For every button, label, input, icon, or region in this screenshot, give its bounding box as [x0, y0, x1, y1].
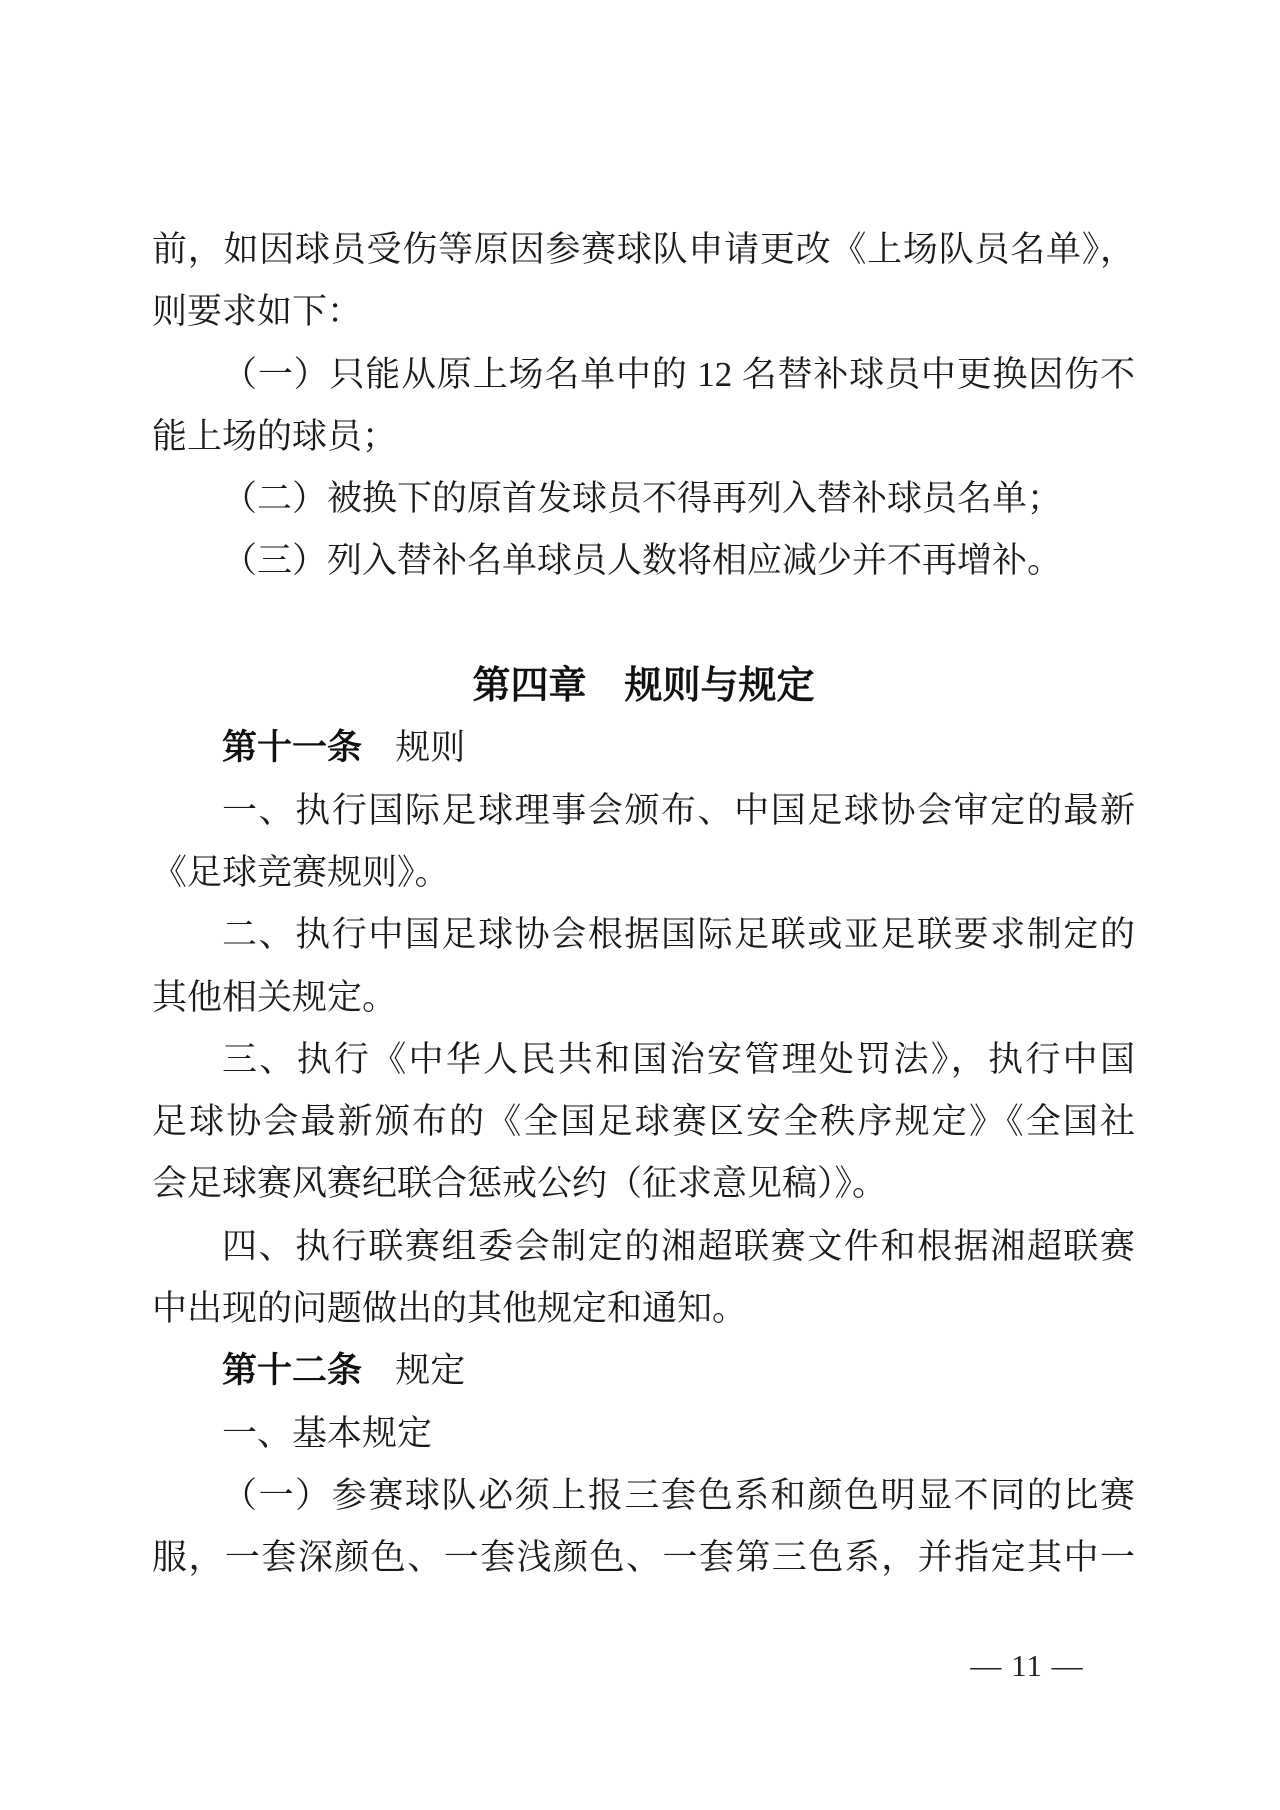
intro-line-1: 前，如因球员受伤等原因参赛球队申请更改《上场队员名单》， — [152, 219, 1135, 281]
article-11-item2-line-1: 二、执行中国足球协会根据国际足联或亚足联要求制定的 — [152, 904, 1135, 966]
article-12-item1-line: 一、基本规定 — [152, 1403, 1135, 1465]
chapter-4-heading: 第四章 规则与规定 — [152, 655, 1135, 717]
document-body: 前，如因球员受伤等原因参赛球队申请更改《上场队员名单》， 则要求如下： （一）只… — [152, 219, 1135, 1590]
article-12-title: 规定 — [395, 1351, 465, 1390]
document-page: 前，如因球员受伤等原因参赛球队申请更改《上场队员名单》， 则要求如下： （一）只… — [0, 0, 1280, 1810]
article-11-item4-line-2: 中出现的问题做出的其他规定和通知。 — [152, 1278, 1135, 1340]
article-11-item1-line-1: 一、执行国际足球理事会颁布、中国足球协会审定的最新 — [152, 780, 1135, 842]
intro-item1-line-1: （一）只能从原上场名单中的 12 名替补球员中更换因伤不 — [152, 344, 1135, 406]
article-11-item4-line-1: 四、执行联赛组委会制定的湘超联赛文件和根据湘超联赛 — [152, 1216, 1135, 1278]
article-11-title: 规则 — [395, 728, 465, 767]
intro-item3-line: （三）列入替补名单球员人数将相应减少并不再增补。 — [152, 530, 1135, 592]
article-11-item3-line-1: 三、执行《中华人民共和国治安管理处罚法》，执行中国 — [152, 1029, 1135, 1091]
intro-line-2: 则要求如下： — [152, 281, 1135, 343]
intro-item1-line-2: 能上场的球员； — [152, 406, 1135, 468]
article-12-label: 第十二条 — [222, 1351, 362, 1390]
article-12-sub1-line-2: 服，一套深颜色、一套浅颜色、一套第三色系，并指定其中一 — [152, 1527, 1135, 1589]
article-11-item3-line-2: 足球协会最新颁布的《全国足球赛区安全秩序规定》《全国社 — [152, 1091, 1135, 1153]
article-11-heading: 第十一条规则 — [152, 717, 1135, 779]
intro-item2-line: （二）被换下的原首发球员不得再列入替补球员名单； — [152, 468, 1135, 530]
article-11-item3-line-3: 会足球赛风赛纪联合惩戒公约（征求意见稿）》。 — [152, 1153, 1135, 1215]
article-11-item1-line-2: 《足球竞赛规则》。 — [152, 842, 1135, 904]
page-number: — 11 — — [957, 1648, 1097, 1684]
article-12-heading: 第十二条规定 — [152, 1340, 1135, 1402]
article-11-item2-line-2: 其他相关规定。 — [152, 967, 1135, 1029]
article-11-label: 第十一条 — [222, 728, 362, 767]
article-12-sub1-line-1: （一）参赛球队必须上报三套色系和颜色明显不同的比赛 — [152, 1465, 1135, 1527]
